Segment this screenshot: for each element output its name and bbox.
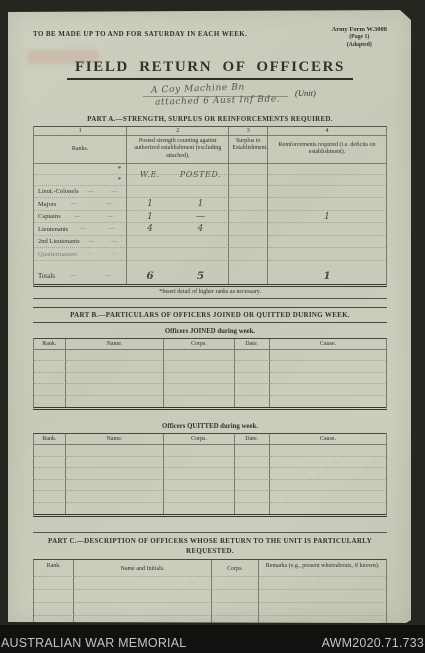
form-title-wrap: FIELD RETURN OF OFFICERS <box>33 58 387 80</box>
rank-label: Lieutenants <box>38 226 68 233</box>
viewer-page: { "document": { "top_note": "TO BE MADE … <box>0 0 425 653</box>
totals-row: Totals—— 65 1 <box>34 268 386 284</box>
header-corps: Corps. <box>164 434 234 445</box>
reinforcements-value <box>268 186 386 198</box>
we-value: 1 <box>127 199 172 209</box>
spacer-row <box>34 261 386 268</box>
part-a-footnote: *Insert detail of higher ranks as necess… <box>33 287 387 299</box>
rank-label: Majors <box>38 201 56 208</box>
part-c-table: Rank. Name and Initials. Corps. Remarks … <box>33 559 387 630</box>
posted-value: 1 <box>173 199 229 209</box>
rank-label: Captains <box>38 213 61 220</box>
header-posted-strength: Posted strength counting against authori… <box>127 136 229 164</box>
empty-row <box>34 445 386 457</box>
totals-surplus-value <box>229 268 267 284</box>
officers-joined-title: Officers JOINED during week. <box>33 328 387 335</box>
header-date: Date. <box>235 339 270 350</box>
institution-name: AUSTRALIAN WAR MEMORIAL <box>1 636 186 650</box>
unit-handwritten-line1: A Coy Machine Bn <box>151 82 245 95</box>
col-number-3: 3 <box>229 127 268 136</box>
form-number: Army Form W.3008 <box>332 26 387 33</box>
we-value: 1 <box>127 212 172 222</box>
part-a-subheader-row: * W.E.POSTED. <box>34 164 386 175</box>
empty-row <box>34 577 386 590</box>
header-ranks: Ranks. <box>34 136 127 164</box>
asterisk-mark: * <box>118 176 127 184</box>
header-reinforcements: Reinforcements required (i.e. deficits o… <box>268 136 386 164</box>
empty-row <box>34 350 386 362</box>
rank-row-2nd-lieutenants: 2nd Lieutenants—— <box>34 236 386 249</box>
reinforcements-value <box>268 248 386 260</box>
asterisk-mark: * <box>118 165 127 173</box>
totals-we-value: 6 <box>127 270 172 282</box>
header-cause: Cause. <box>270 339 386 350</box>
we-value: 4 <box>127 224 172 234</box>
officers-quitted-table: Rank. Name. Corps. Date. Cause. <box>33 433 387 517</box>
part-a-heading: PART A.—STRENGTH, SURPLUS OR REINFORCEME… <box>33 115 387 123</box>
part-c-header-row: Rank. Name and Initials. Corps. Remarks … <box>34 560 386 577</box>
col-number-4: 4 <box>268 127 386 136</box>
leader-dash: — <box>80 239 103 245</box>
header-surplus: Surplus to Establishment. <box>229 136 268 164</box>
unit-label: (Unit) <box>295 88 316 98</box>
rank-label: 2nd Lieutenants <box>38 238 80 245</box>
empty-row <box>34 396 386 408</box>
posted-value: — <box>173 212 229 222</box>
header-remarks: Remarks (e.g., present whereabouts, if k… <box>259 560 386 577</box>
reinforcements-value <box>268 236 386 248</box>
leader-dash: — <box>91 201 126 207</box>
leader-dash: — <box>97 226 126 232</box>
totals-reinforcements-value: 1 <box>268 268 386 284</box>
header-date: Date. <box>235 434 270 445</box>
header-name: Name. <box>66 434 165 445</box>
part-c-heading: PART C.—DESCRIPTION OF OFFICERS WHOSE RE… <box>40 537 380 556</box>
part-a-table: 1 2 3 4 Ranks. Posted strength counting … <box>33 126 387 287</box>
leader-dash: — <box>68 226 97 232</box>
rank-row-captains: Captains—— 1— 1 <box>34 211 386 224</box>
rank-label: Lieut.-Colonels <box>38 188 79 195</box>
part-b-heading: PART B.—PARTICULARS OF OFFICERS JOINED O… <box>33 311 387 319</box>
part-c-heading-block: PART C.—DESCRIPTION OF OFFICERS WHOSE RE… <box>33 532 387 556</box>
form-title: FIELD RETURN OF OFFICERS <box>67 59 353 80</box>
empty-row <box>34 480 386 492</box>
header-rank: Rank. <box>34 339 66 350</box>
viewer-caption-bar: AUSTRALIAN WAR MEMORIAL AWM2020.71.733 <box>0 625 425 653</box>
weekly-instruction-note: TO BE MADE UP TO AND FOR SATURDAY IN EAC… <box>33 26 247 38</box>
empty-row <box>34 503 386 515</box>
part-a-header-row: Ranks. Posted strength counting against … <box>34 136 386 164</box>
form-page: (Page 1) <box>332 34 387 42</box>
rank-label: Quartermasters <box>38 251 78 258</box>
totals-label: Totals <box>38 272 55 280</box>
leader-dash: — <box>102 189 126 195</box>
empty-row <box>34 491 386 503</box>
surplus-value <box>229 248 267 260</box>
leader-dash: — <box>56 201 91 207</box>
officers-joined-table: Rank. Name. Corps. Date. Cause. <box>33 338 387 411</box>
leader-dash: — <box>91 273 127 279</box>
part-a-blank-asterisk-row: * <box>34 175 386 186</box>
reinforcements-value <box>268 223 386 235</box>
header-name-and-initials: Name and Initials. <box>74 560 211 577</box>
rank-row-majors: Majors—— 11 <box>34 198 386 211</box>
leader-dash: — <box>103 239 126 245</box>
leader-dash: — <box>61 214 94 220</box>
surplus-value <box>229 198 267 210</box>
posted-value: 4 <box>173 224 229 234</box>
header-rank: Rank. <box>34 434 66 445</box>
header-corps: Corps. <box>212 560 260 577</box>
totals-posted-value: 5 <box>173 270 229 282</box>
officers-quitted-title: Officers QUITTED during week. <box>33 423 387 430</box>
col-number-1: 1 <box>34 127 127 136</box>
surplus-value <box>229 236 267 248</box>
quitted-header-row: Rank. Name. Corps. Date. Cause. <box>34 434 386 445</box>
scanned-form-document: TO BE MADE UP TO AND FOR SATURDAY IN EAC… <box>8 10 411 623</box>
empty-row <box>34 457 386 469</box>
rank-row-lieutenants: Lieutenants—— 44 <box>34 223 386 236</box>
empty-row <box>34 373 386 385</box>
form-adapted: (Adapted) <box>332 42 387 50</box>
unit-block: A Coy Machine Bn (Unit) attached 6 Aust … <box>33 83 387 115</box>
accession-number: AWM2020.71.733 <box>322 636 424 650</box>
empty-row <box>34 590 386 603</box>
reinforcements-value: 1 <box>268 211 386 223</box>
reinforcements-value <box>268 198 386 210</box>
leader-dash: — <box>94 214 127 220</box>
joined-header-row: Rank. Name. Corps. Date. Cause. <box>34 339 386 350</box>
leader-dash: — <box>78 251 102 257</box>
header-name: Name. <box>66 339 165 350</box>
leader-dash: — <box>79 189 103 195</box>
form-top-row: TO BE MADE UP TO AND FOR SATURDAY IN EAC… <box>33 26 387 50</box>
part-a-column-numbers: 1 2 3 4 <box>34 127 386 136</box>
leader-dash: — <box>55 273 91 279</box>
empty-row <box>34 361 386 373</box>
rank-row-lieut-colonels: Lieut.-Colonels—— <box>34 186 386 199</box>
surplus-value <box>229 186 267 198</box>
col-number-2: 2 <box>127 127 229 136</box>
header-rank: Rank. <box>34 560 74 577</box>
surplus-value <box>229 223 267 235</box>
rank-row-quartermasters: Quartermasters—— <box>34 248 386 261</box>
empty-row <box>34 468 386 480</box>
header-cause: Cause. <box>270 434 386 445</box>
empty-row <box>34 603 386 616</box>
header-corps: Corps. <box>164 339 234 350</box>
surplus-value <box>229 211 267 223</box>
army-form-reference: Army Form W.3008 (Page 1) (Adapted) <box>332 26 387 50</box>
empty-row <box>34 384 386 396</box>
leader-dash: — <box>102 251 126 257</box>
part-b-heading-strip: PART B.—PARTICULARS OF OFFICERS JOINED O… <box>33 307 387 323</box>
